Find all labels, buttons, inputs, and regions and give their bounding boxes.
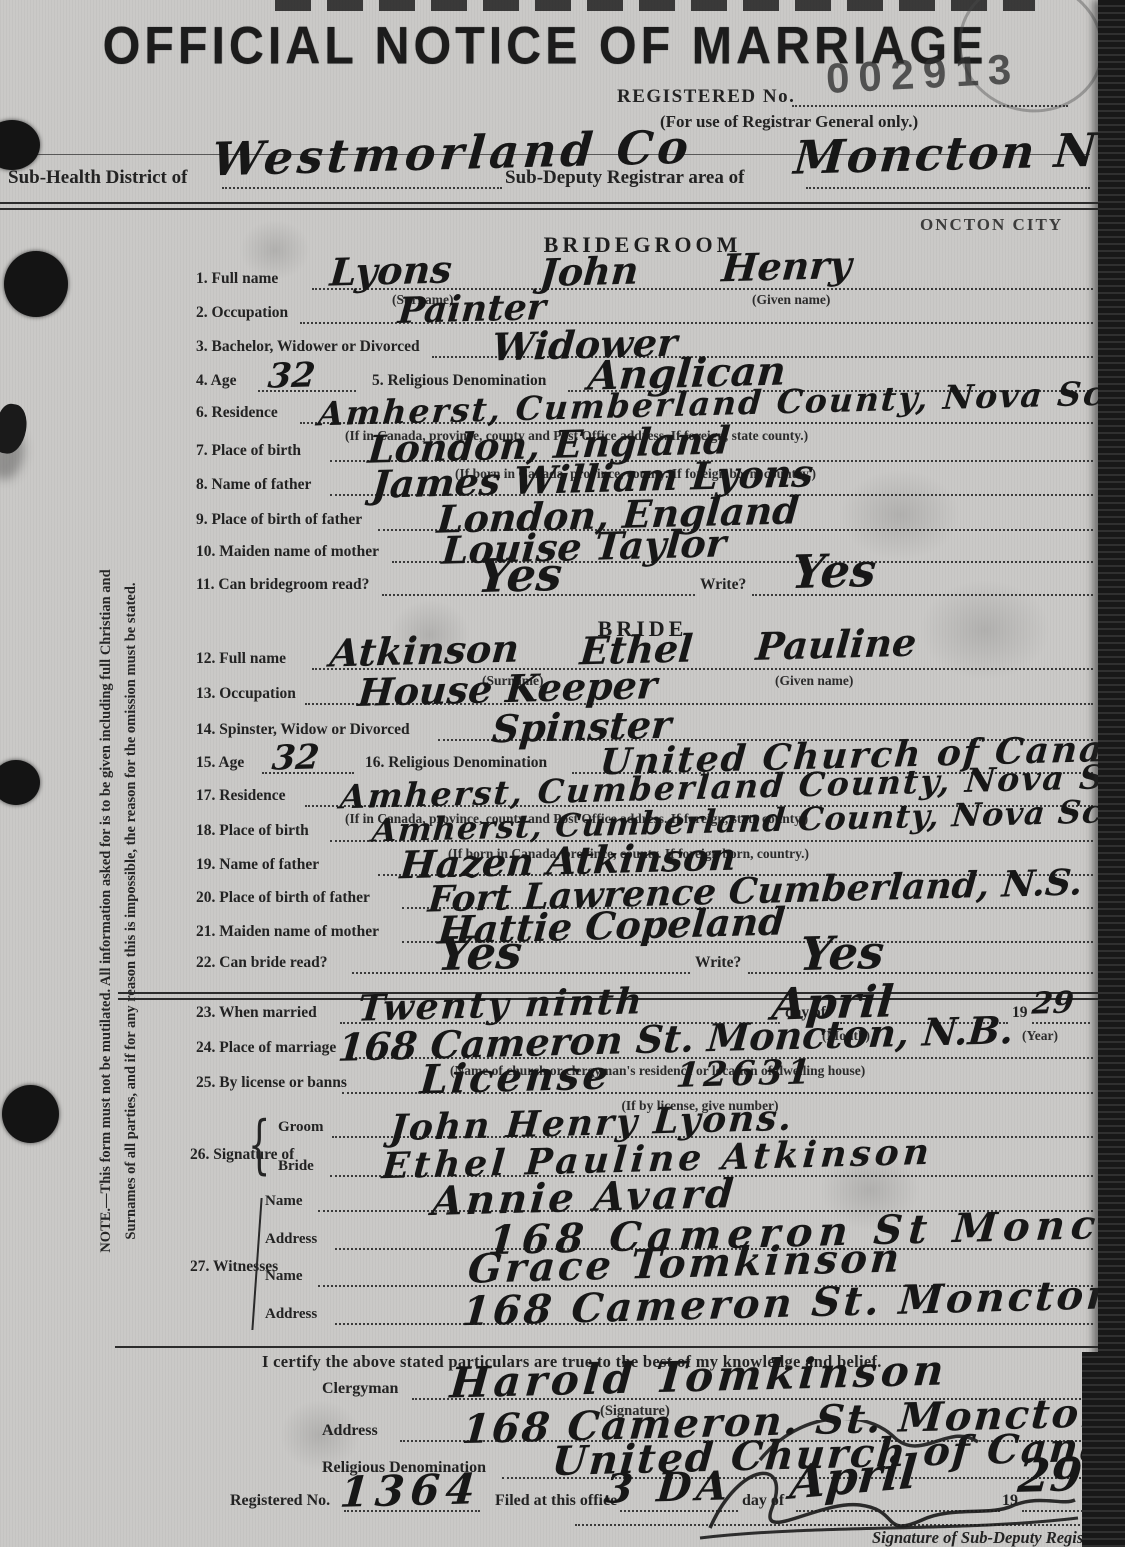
field-label: 9. Place of birth of father [196, 511, 362, 529]
license-number: 12631 [674, 1052, 815, 1096]
margin-note-line1: NOTE.—This form must not be mutilated. A… [94, 480, 119, 1342]
field-label: 20. Place of birth of father [196, 889, 370, 907]
scan-smudge [820, 1150, 920, 1230]
bride-label: Bride [278, 1158, 314, 1175]
field-label: 24. Place of marriage [196, 1039, 336, 1057]
field-label: 22. Can bride read? [196, 954, 327, 972]
bride-can-write: Yes [798, 925, 886, 981]
witness-address-label: Address [265, 1306, 317, 1323]
field-label: 15. Age [196, 754, 244, 772]
dotted-line [222, 187, 502, 189]
bridegroom-given-name: John Henry [538, 242, 853, 295]
witness-name-label: Name [265, 1193, 303, 1210]
registered-no-label: REGISTERED No. [617, 86, 795, 108]
dotted-line [1032, 1022, 1090, 1024]
field-label: 3. Bachelor, Widower or Divorced [196, 338, 420, 356]
field-label: 23. When married [196, 1004, 317, 1022]
stamp-number: 002913 [825, 45, 1021, 103]
dotted-line [806, 187, 1090, 189]
punch-hole [4, 251, 68, 317]
marriage-year: 29 [1031, 985, 1075, 1021]
groom-label: Groom [278, 1119, 324, 1136]
given-name-caption: (Given name) [775, 673, 853, 689]
filed-label: Filed at this office [495, 1492, 617, 1510]
rule [115, 1346, 1098, 1348]
field-label: 7. Place of birth [196, 442, 301, 460]
dotted-line [352, 972, 690, 974]
scan-edge-right [1098, 0, 1125, 1547]
field-label: 21. Maiden name of mother [196, 923, 379, 941]
field-label: 10. Maiden name of mother [196, 543, 379, 561]
field-label: 19. Name of father [196, 856, 319, 874]
marriage-notice-document: OFFICIAL NOTICE OF MARRIAGE 002913 ONCTO… [0, 0, 1125, 1547]
field-label: 12. Full name [196, 650, 286, 668]
bridegroom-surname: Lyons [328, 246, 453, 294]
field-label: 18. Place of birth [196, 822, 309, 840]
sub-deputy-registrar-signature [660, 1420, 1100, 1547]
margin-note-line2: Surnames of all parties, and if for any … [119, 480, 144, 1342]
scan-smudge [280, 1400, 360, 1470]
scan-smudge [920, 580, 1050, 680]
field-label: 2. Occupation [196, 304, 288, 322]
sub-health-district-label: Sub-Health District of [8, 167, 187, 189]
field-label: 4. Age [196, 372, 236, 390]
margin-note: NOTE.—This form must not be mutilated. A… [94, 480, 146, 1342]
field-label: 14. Spinster, Widow or Divorced [196, 721, 410, 739]
sub-deputy-area-label: Sub-Deputy Registrar area of [505, 167, 744, 189]
bride-age: 32 [270, 737, 320, 778]
field-label: 17. Residence [196, 787, 286, 805]
field-label: 13. Occupation [196, 685, 296, 703]
scan-smudge [240, 220, 310, 280]
field-label: 8. Name of father [196, 476, 311, 494]
ink-blot [0, 402, 30, 456]
marriage-license: License [418, 1051, 613, 1103]
given-name-caption: (Given name) [752, 292, 830, 308]
clipped-header-remnant [275, 0, 1035, 11]
write-label: Write? [700, 576, 746, 594]
punch-hole [0, 760, 40, 805]
field-label: 6. Residence [196, 404, 278, 422]
double-rule [0, 202, 1098, 210]
field-label: 25. By license or banns [196, 1074, 347, 1092]
punch-hole [2, 1085, 59, 1143]
field-label: 5. Religious Denomination [372, 372, 546, 390]
scan-smudge [390, 600, 470, 670]
sub-deputy-area-value: Moncton N.B [792, 121, 1125, 185]
clergyman-label: Clergyman [322, 1380, 398, 1398]
field-label: 11. Can bridegroom read? [196, 576, 369, 594]
bridegroom-age: 32 [266, 355, 316, 396]
footer-registered-number: 1364 [338, 1464, 483, 1517]
write-label: Write? [695, 954, 741, 972]
field-label: 16. Religious Denomination [365, 754, 547, 772]
dotted-line [792, 105, 1068, 107]
scan-smudge [840, 470, 960, 560]
bride-can-read: Yes [436, 925, 524, 981]
witness-name-label: Name [265, 1268, 303, 1285]
signature-brace: { [248, 1108, 270, 1182]
scan-edge-right-lower [1082, 1352, 1125, 1547]
bridegroom-can-read: Yes [476, 547, 564, 603]
punch-hole [0, 120, 40, 170]
witness-address-label: Address [265, 1231, 317, 1248]
year-caption: (Year) [1022, 1028, 1058, 1044]
footer-registered-label: Registered No. [230, 1492, 330, 1510]
